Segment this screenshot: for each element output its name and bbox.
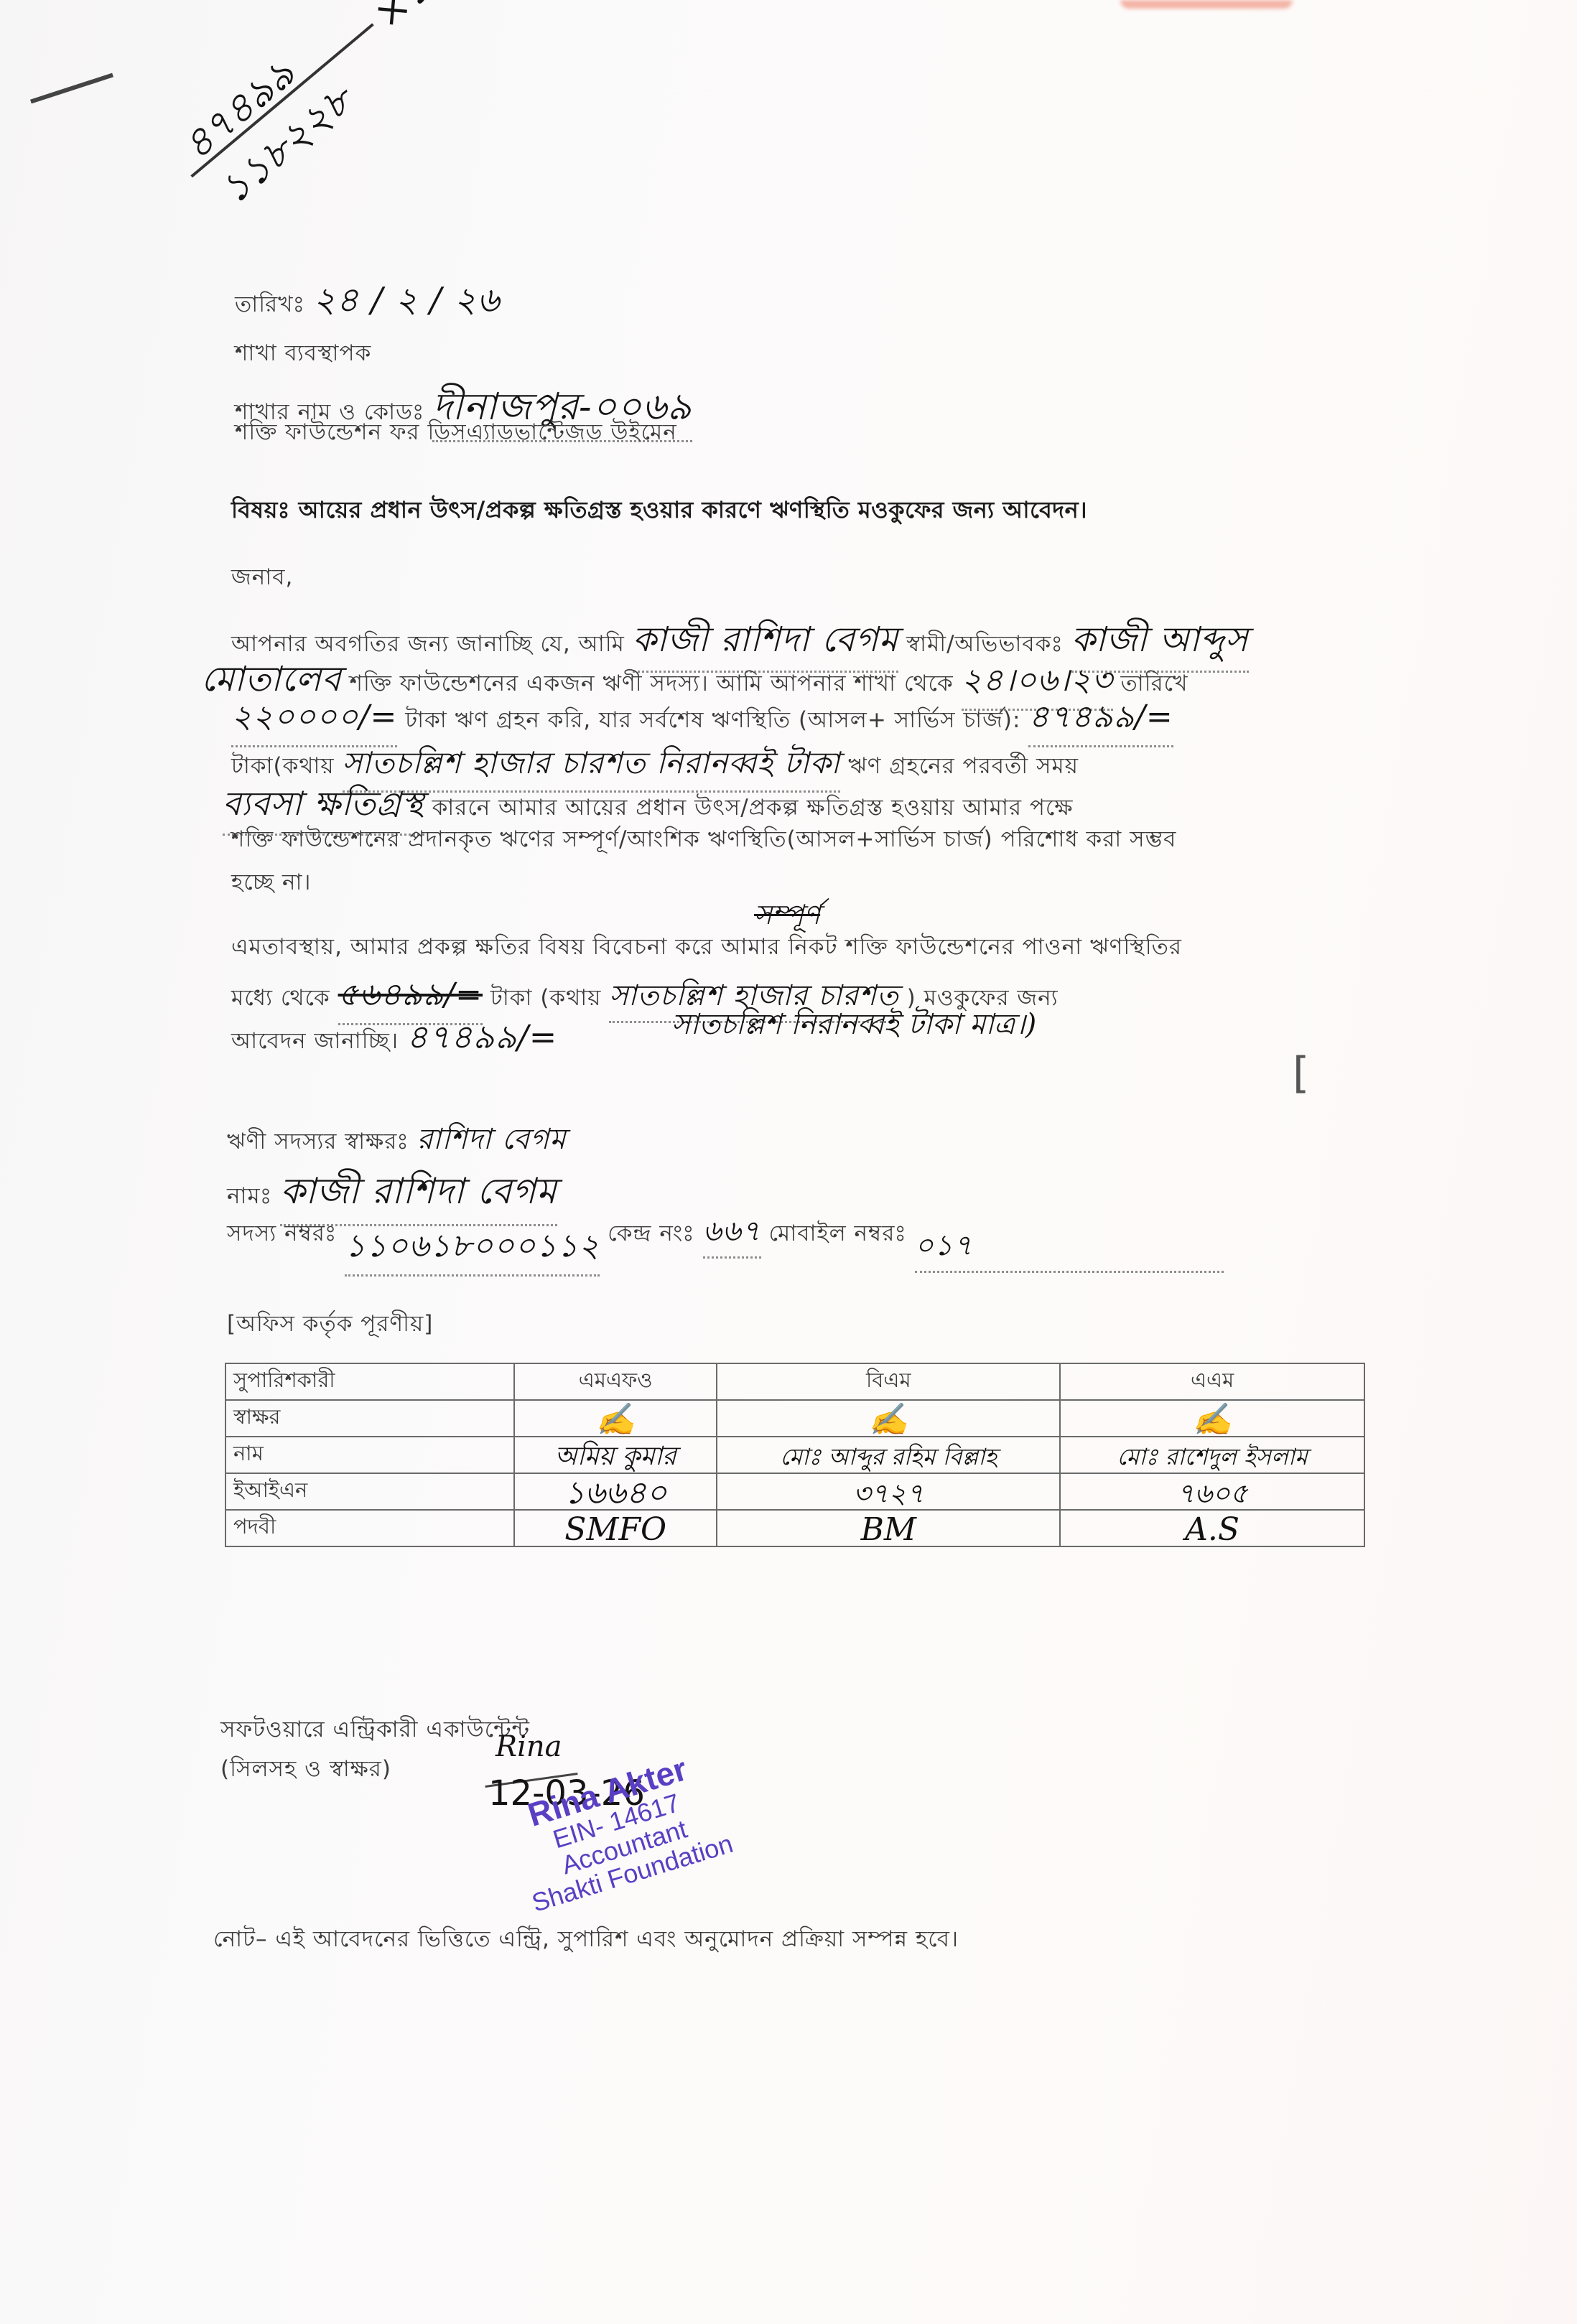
member-signature: রাশিদা বেগম — [417, 1123, 567, 1156]
table-cell: ৩৭২৭ — [717, 1473, 1060, 1510]
organization-name: শক্তি ফাউন্ডেশন ফর ডিসএ্যাডভান্টেজড উইমে… — [235, 415, 677, 452]
center-value: ৬৬৭ — [703, 1208, 761, 1259]
accountant-label: সফটওয়ারে এন্ট্রিকারী একাউন্টেন্ট — [220, 1712, 530, 1750]
para2-line1: এমতাবস্থায়, আমার প্রকল্প ক্ষতির বিষয় ব… — [231, 930, 1182, 967]
para1-text: কারনে আমার আয়ের প্রধান উৎস/প্রকল্প ক্ষত… — [432, 795, 1074, 821]
document-page: ৪৭৪৯৯ ১১৮২২৮ ×১০০ = ৪০% তারিখঃ ২৪ / ২ / … — [0, 0, 1577, 2324]
table-header: বিএম — [717, 1363, 1060, 1400]
member-id-line: সদস্য নম্বরঃ ১১০৬১৮০০০১১২ কেন্দ্র নংঃ ৬৬… — [227, 1206, 1224, 1261]
para2-line3: আবেদন জানাচ্ছি। ৪৭৪৯৯/= — [231, 1012, 557, 1067]
margin-dash-mark — [30, 73, 113, 104]
recommendation-table: সুপারিশকারী এমএফও বিএম এএম স্বাক্ষর ✍ ✍ … — [225, 1363, 1365, 1547]
date-line: তারিখঃ ২৪ / ২ / ২৬ — [235, 274, 500, 331]
para1-line6: শক্তি ফাউন্ডেশনের প্রদানকৃত ঋণের সম্পূর্… — [231, 822, 1176, 859]
table-header-row: সুপারিশকারী এমএফও বিএম এএম — [225, 1363, 1364, 1400]
table-cell: মোঃ রাশেদুল ইসলাম — [1060, 1437, 1364, 1473]
date-label: তারিখঃ — [235, 291, 305, 317]
waiver-words-cont: সাতচল্লিশ নিরানব্বই টাকা মাত্র।) — [671, 1002, 1036, 1050]
member-signature-line: ঋণী সদস্যর স্বাক্ষরঃ রাশিদা বেগম — [227, 1116, 567, 1165]
para1-text: টাকা ঋণ গ্রহন করি, যার সর্বশেষ ঋণস্থিতি … — [405, 707, 1020, 733]
signature-cell: ✍ — [1060, 1400, 1364, 1437]
row-label: নাম — [225, 1437, 514, 1473]
signature-label: ঋণী সদস্যর স্বাক্ষরঃ — [227, 1129, 409, 1154]
margin-result: ×১০০ = ৪০% — [359, 0, 603, 48]
margin-bracket: [ — [1293, 1048, 1309, 1098]
mobile-label: মোবাইল নম্বরঃ — [768, 1221, 906, 1246]
mobile-value: ০১৭ — [915, 1223, 1224, 1273]
table-row: নাম অমিয় কুমার মোঃ আব্দুর রহিম বিল্লাহ … — [225, 1437, 1364, 1473]
salutation: জনাব, — [231, 560, 293, 597]
table-cell: মোঃ আব্দুর রহিম বিল্লাহ — [717, 1437, 1060, 1473]
table-cell: ১৬৬৪০ — [514, 1473, 717, 1510]
office-heading: [অফিস কর্তৃক পূরণীয়] — [227, 1307, 433, 1344]
footer-note: নোট– এই আবেদনের ভিত্তিতে এন্ট্রি, সুপারি… — [213, 1922, 959, 1959]
accountant-signature: Rina — [496, 1730, 562, 1763]
table-header: এএম — [1060, 1363, 1364, 1400]
para2-text: টাকা (কথায় — [490, 985, 602, 1011]
signature-cell: ✍ — [717, 1400, 1060, 1437]
table-row: পদবী SMFO BM A.S — [225, 1510, 1364, 1546]
center-label: কেন্দ্র নংঃ — [608, 1221, 695, 1246]
para2-text: মধ্যে থেকে — [231, 985, 330, 1011]
table-cell: ৭৬০৫ — [1060, 1473, 1364, 1510]
waiver-amount: ৪৭৪৯৯/= — [406, 1017, 557, 1056]
table-row: ইআইএন ১৬৬৪০ ৩৭২৭ ৭৬০৫ — [225, 1473, 1364, 1510]
name-label: নামঃ — [227, 1183, 272, 1209]
para1-text: টাকা(কথায় — [231, 753, 335, 779]
accountant-sub-label: (সিলসহ ও স্বাক্ষর) — [220, 1752, 391, 1789]
table-row: স্বাক্ষর ✍ ✍ ✍ — [225, 1400, 1364, 1437]
table-cell: অমিয় কুমার — [514, 1437, 717, 1473]
table-header: সুপারিশকারী — [225, 1363, 514, 1400]
member-no-value: ১১০৬১৮০০০১১২ — [345, 1222, 600, 1277]
row-label: স্বাক্ষর — [225, 1400, 514, 1437]
table-cell: SMFO — [514, 1510, 717, 1546]
date-value: ২৪ / ২ / ২৬ — [313, 280, 500, 320]
red-smudge — [1120, 0, 1293, 9]
row-label: পদবী — [225, 1510, 514, 1546]
signature-cell: ✍ — [514, 1400, 717, 1437]
addressee: শাখা ব্যবস্থাপক — [235, 336, 371, 373]
subject-line: বিষয়ঃ আয়ের প্রধান উৎস/প্রকল্প ক্ষতিগ্র… — [231, 492, 1087, 531]
accountant-stamp: Rina Akter EIN- 14617 Accountant Shakti … — [503, 1745, 736, 1916]
table-header: এমএফও — [514, 1363, 717, 1400]
table-cell: BM — [717, 1510, 1060, 1546]
member-no-label: সদস্য নম্বরঃ — [227, 1221, 337, 1246]
row-label: ইআইএন — [225, 1473, 514, 1510]
para1-line7: হচ্ছে না। — [231, 865, 312, 902]
para2-text: আবেদন জানাচ্ছি। — [231, 1028, 399, 1054]
para1-text: ঋণ গ্রহনের পরবর্তী সময় — [848, 753, 1079, 779]
table-cell: A.S — [1060, 1510, 1364, 1546]
